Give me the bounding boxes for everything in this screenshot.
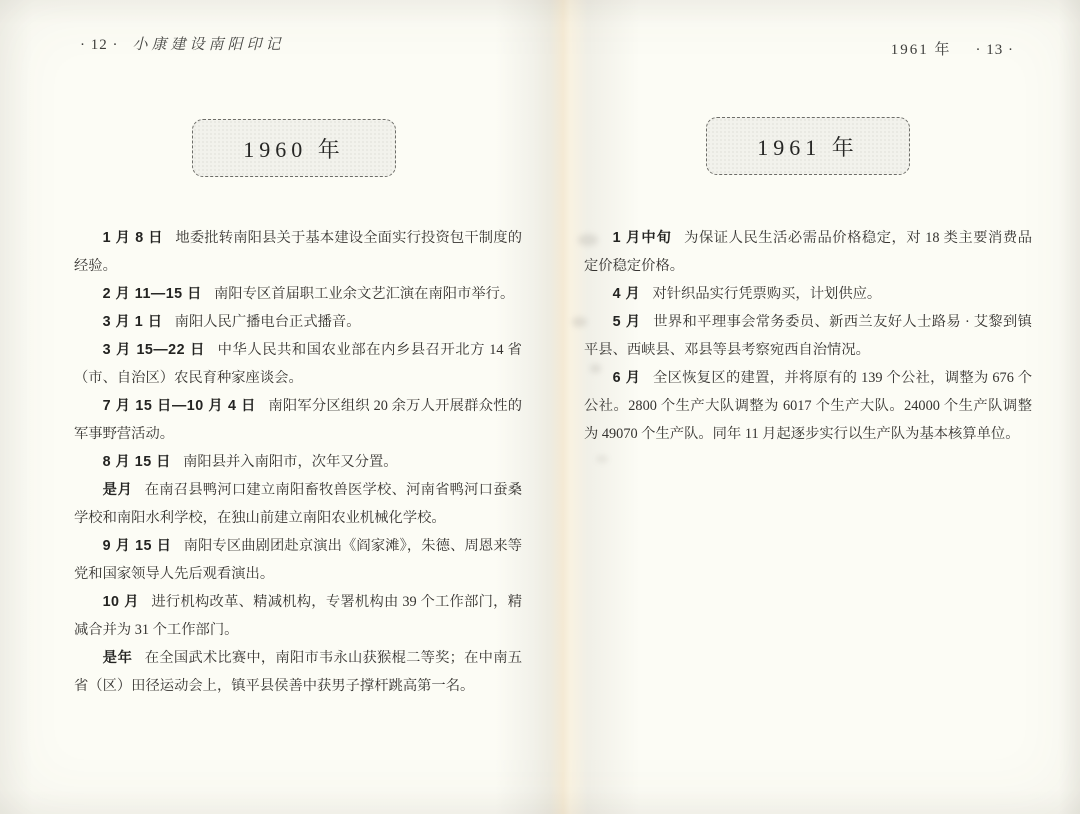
chronicle-entry: 9 月 15 日南阳专区曲剧团赴京演出《阎家滩》，朱德、周恩来等党和国家领导人先… <box>74 532 522 588</box>
chronicle-entry: 8 月 15 日南阳县并入南阳市，次年又分置。 <box>74 448 522 476</box>
entry-date: 10 月 <box>103 594 152 610</box>
entry-text: 南阳县并入南阳市，次年又分置。 <box>183 454 397 470</box>
entry-date: 7 月 15 日—10 月 4 日 <box>103 398 269 414</box>
chronicle-entry: 6 月全区恢复区的建置，并将原有的 139 个公社，调整为 676 个公社。28… <box>584 364 1032 448</box>
entry-date: 1 月 8 日 <box>103 230 176 246</box>
running-head-right: 1961 年· 13 · <box>891 38 1014 59</box>
book-title: 小康建设南阳印记 <box>133 37 285 53</box>
entry-date: 8 月 15 日 <box>103 454 184 470</box>
entry-date: 5 月 <box>613 314 654 330</box>
chronicle-entry: 是年在全国武术比赛中，南阳市韦永山获猴棍二等奖；在中南五省（区）田径运动会上，镇… <box>74 644 522 700</box>
chronicle-entry: 1 月中旬为保证人民生活必需品价格稳定，对 18 类主要消费品定价稳定价格。 <box>584 224 1032 280</box>
right-page-text-column: 1 月中旬为保证人民生活必需品价格稳定，对 18 类主要消费品定价稳定价格。 4… <box>584 224 1032 448</box>
entry-date: 6 月 <box>613 370 653 386</box>
left-page-text-column: 1 月 8 日地委批转南阳县关于基本建设全面实行投资包干制度的经验。 2 月 1… <box>74 224 522 700</box>
entry-text: 南阳人民广播电台正式播音。 <box>175 314 361 330</box>
year-title-1960: 1960 年 <box>243 133 345 164</box>
entry-text: 对针织品实行凭票购买，计划供应。 <box>652 286 881 302</box>
entry-text: 南阳专区首届职工业余文艺汇演在南阳市举行。 <box>214 286 514 302</box>
page-number-left: · 12 · <box>80 37 119 53</box>
chronicle-entry: 是月在南召县鸭河口建立南阳畜牧兽医学校、河南省鸭河口蚕桑学校和南阳水利学校，在独… <box>74 476 522 532</box>
year-title-1961: 1961 年 <box>757 131 859 162</box>
chronicle-entry: 10 月进行机构改革、精减机构，专署机构由 39 个工作部门，精减合并为 31 … <box>74 588 522 644</box>
entry-date: 3 月 15—22 日 <box>103 342 218 358</box>
entry-date: 1 月中旬 <box>613 230 685 246</box>
bleed-through-artifact <box>596 455 608 463</box>
chronicle-entry: 5 月世界和平理事会常务委员、新西兰友好人士路易 · 艾黎到镇平县、西峡县、邓县… <box>584 308 1032 364</box>
book-spread-scan: · 12 ·小康建设南阳印记 1961 年· 13 · 1960 年 1961 … <box>0 0 1080 814</box>
running-head-year: 1961 年 <box>891 42 952 58</box>
entry-date: 是年 <box>103 650 145 666</box>
chronicle-entry: 1 月 8 日地委批转南阳县关于基本建设全面实行投资包干制度的经验。 <box>74 224 522 280</box>
chronicle-entry: 7 月 15 日—10 月 4 日南阳军分区组织 20 余万人开展群众性的军事野… <box>74 392 522 448</box>
year-title-box-1961: 1961 年 <box>706 117 910 175</box>
chronicle-entry: 3 月 15—22 日中华人民共和国农业部在内乡县召开北方 14 省（市、自治区… <box>74 336 522 392</box>
chronicle-entry: 2 月 11—15 日南阳专区首届职工业余文艺汇演在南阳市举行。 <box>74 280 522 308</box>
chronicle-entry: 3 月 1 日南阳人民广播电台正式播音。 <box>74 308 522 336</box>
entry-date: 2 月 11—15 日 <box>103 286 214 302</box>
entry-date: 是月 <box>103 482 145 498</box>
year-title-box-1960: 1960 年 <box>192 119 396 177</box>
entry-date: 4 月 <box>613 286 653 302</box>
running-head-left: · 12 ·小康建设南阳印记 <box>80 33 285 54</box>
chronicle-entry: 4 月对针织品实行凭票购买，计划供应。 <box>584 280 1032 308</box>
entry-date: 3 月 1 日 <box>103 314 175 330</box>
entry-date: 9 月 15 日 <box>103 538 184 554</box>
page-number-right: · 13 · <box>976 42 1015 58</box>
